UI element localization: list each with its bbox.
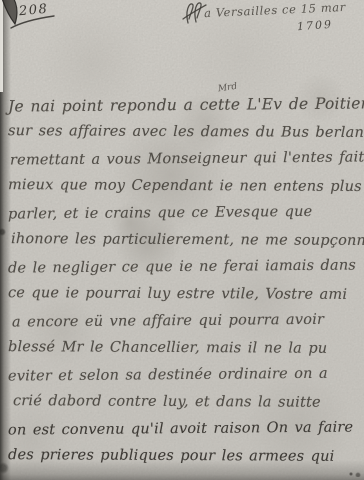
handwritten-line: blessé Mr le Chancellier, mais il ne la … <box>8 334 362 363</box>
dateline-year: 1709 <box>297 18 334 33</box>
handwritten-line: ce que ie pourrai luy estre vtile, Vostr… <box>8 280 362 309</box>
folio-number: 208 <box>18 2 49 19</box>
corner-speckles <box>348 471 362 477</box>
paraph-flourish-icon <box>181 1 207 27</box>
handwritten-line: ihonore les particulierement, ne me soup… <box>11 226 362 255</box>
manuscript-page: 208 a Versailles ce 15 mar 1709 Mrd Je n… <box>0 0 364 480</box>
handwritten-line: de le negliger ce que ie ne ferai iamais… <box>8 252 362 282</box>
handwritten-line: crié dabord contre luy, et dans la suitt… <box>13 388 362 417</box>
handwritten-line: eviter et selon sa destinée ordinaire on… <box>8 360 362 390</box>
dateline-place: a Versailles ce 15 mar <box>204 0 346 20</box>
handwritten-line: parler, et ie crains que ce Evesque que <box>8 198 362 228</box>
handwritten-line: remettant a vous Monseigneur qui l'entes… <box>10 144 362 174</box>
handwritten-line: des prieres publiques pour les armees qu… <box>8 442 362 471</box>
handwritten-line: a encore eü vne affaire qui pourra avoir <box>12 306 362 336</box>
handwritten-line: sur ses affaires avec les dames du Bus b… <box>8 118 362 147</box>
letter-body: Je nai point repondu a cette L'Ev de Poi… <box>8 92 362 470</box>
handwritten-line: Je nai point repondu a cette L'Ev de Poi… <box>8 90 362 120</box>
handwritten-line: mieux que moy Cependant ie nen entens pl… <box>8 172 362 201</box>
handwritten-line: on est convenu qu'il avoit raison On va … <box>8 414 362 444</box>
